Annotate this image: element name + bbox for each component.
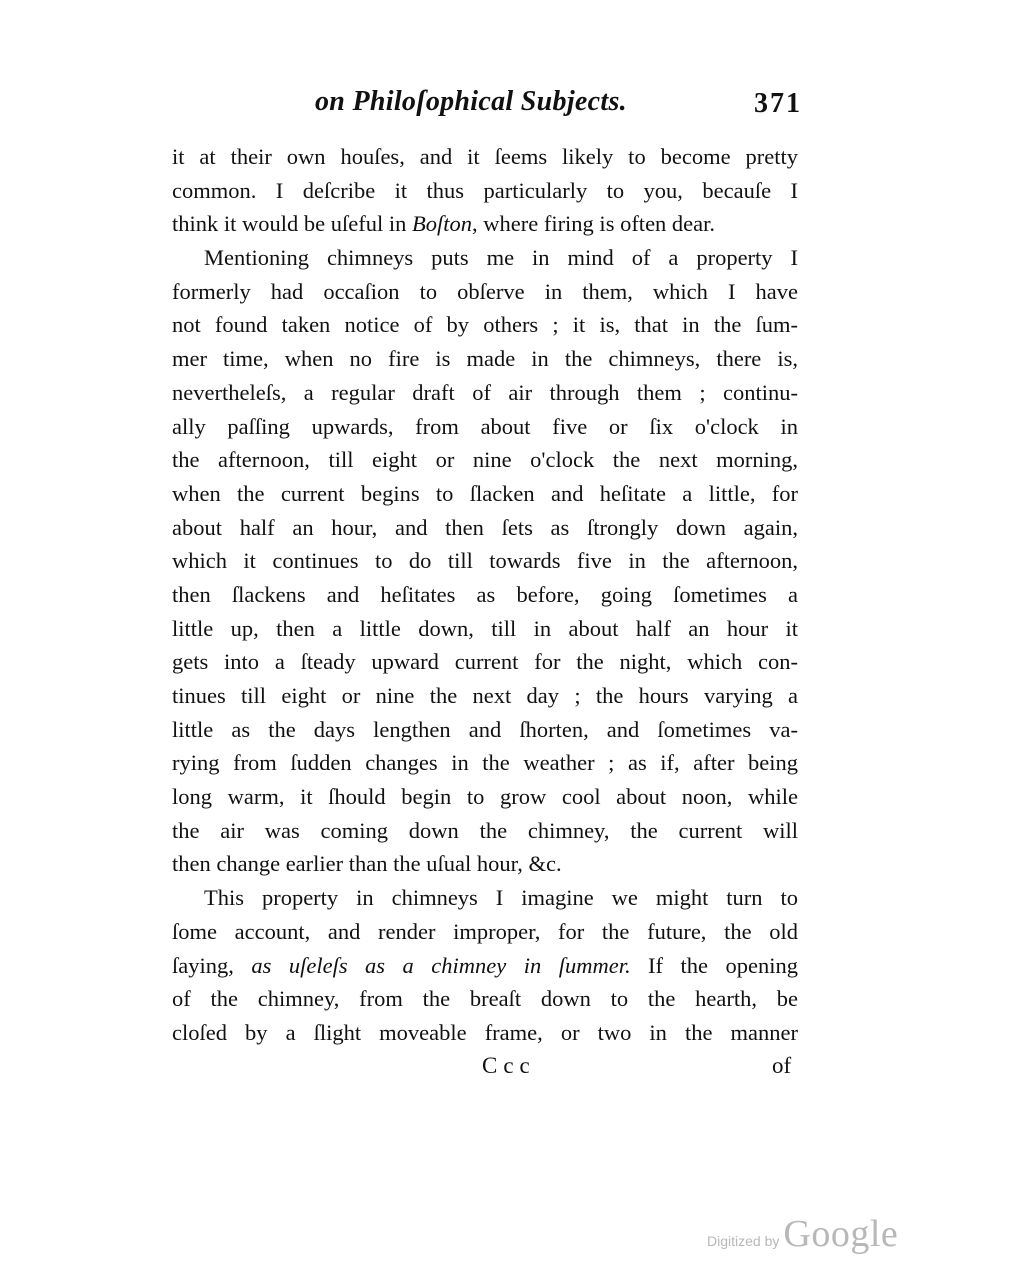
text-line: long warm, it ſhould begin to grow cool … bbox=[172, 780, 798, 814]
running-head: on Philoſophical Subjects. bbox=[315, 86, 627, 118]
text-line: the afternoon, till eight or nine o'cloc… bbox=[172, 443, 798, 477]
text-line: little up, then a little down, till in a… bbox=[172, 612, 798, 646]
text-line: ſaying, as uſeleſs as a chimney in ſumme… bbox=[172, 949, 798, 983]
text-line: which it continues to do till towards fi… bbox=[172, 544, 798, 578]
text-line: tinues till eight or nine the next day ;… bbox=[172, 679, 798, 713]
digitized-watermark: Digitized by Google bbox=[707, 1212, 898, 1256]
text-line: then change earlier than the uſual hour,… bbox=[172, 847, 798, 881]
text-line: the air was coming down the chimney, the… bbox=[172, 814, 798, 848]
text-line: about half an hour, and then ſets as ſtr… bbox=[172, 511, 798, 545]
text-line: when the current begins to ſlacken and h… bbox=[172, 477, 798, 511]
text-line: of the chimney, from the breaſt down to … bbox=[172, 982, 798, 1016]
text-span: , where firing is often dear. bbox=[472, 211, 715, 236]
watermark-prefix: Digitized by bbox=[707, 1233, 779, 1249]
text-line: ſome account, and render improper, for t… bbox=[172, 915, 798, 949]
page-number: 371 bbox=[754, 88, 802, 120]
text-line: formerly had occaſion to obſerve in them… bbox=[172, 275, 798, 309]
text-line: it at their own houſes, and it ſeems lik… bbox=[172, 140, 798, 174]
text-line: not found taken notice of by others ; it… bbox=[172, 308, 798, 342]
text-line: common. I deſcribe it thus particularly … bbox=[172, 174, 798, 208]
place-name-boston: Boſton bbox=[412, 211, 472, 236]
text-line: then ſlackens and heſitates as before, g… bbox=[172, 578, 798, 612]
text-line: mer time, when no fire is made in the ch… bbox=[172, 342, 798, 376]
text-span: think it would be uſeful in bbox=[172, 211, 412, 236]
text-line: ally paſſing upwards, from about five or… bbox=[172, 410, 798, 444]
book-page: on Philoſophical Subjects. 371 it at the… bbox=[0, 0, 1014, 1282]
page-header: on Philoſophical Subjects. 371 bbox=[160, 86, 800, 126]
text-line: This property in chimneys I imagine we m… bbox=[172, 881, 798, 915]
paragraph-3: This property in chimneys I imagine we m… bbox=[172, 881, 798, 1049]
text-line: Mentioning chimneys puts me in mind of a… bbox=[172, 241, 798, 275]
paragraph-2: Mentioning chimneys puts me in mind of a… bbox=[172, 241, 798, 881]
text-line: gets into a ſteady upward current for th… bbox=[172, 645, 798, 679]
text-line: cloſed by a ſlight moveable frame, or tw… bbox=[172, 1016, 798, 1050]
signature-mark: Ccc bbox=[482, 1053, 536, 1079]
google-logo-text: Google bbox=[783, 1213, 898, 1255]
text-span: ſaying, bbox=[172, 953, 251, 978]
text-line: little as the days lengthen and ſhorten,… bbox=[172, 713, 798, 747]
quoted-saying: as uſeleſs as a chimney in ſummer. bbox=[251, 953, 630, 978]
body-text: it at their own houſes, and it ſeems lik… bbox=[172, 140, 798, 1050]
text-span: If the opening bbox=[631, 953, 798, 978]
paragraph-1: it at their own houſes, and it ſeems lik… bbox=[172, 140, 798, 241]
catchword: of bbox=[772, 1053, 791, 1079]
text-line: rying from ſudden changes in the weather… bbox=[172, 746, 798, 780]
text-line: nevertheleſs, a regular draft of air thr… bbox=[172, 376, 798, 410]
text-line: think it would be uſeful in Boſton, wher… bbox=[172, 207, 798, 241]
